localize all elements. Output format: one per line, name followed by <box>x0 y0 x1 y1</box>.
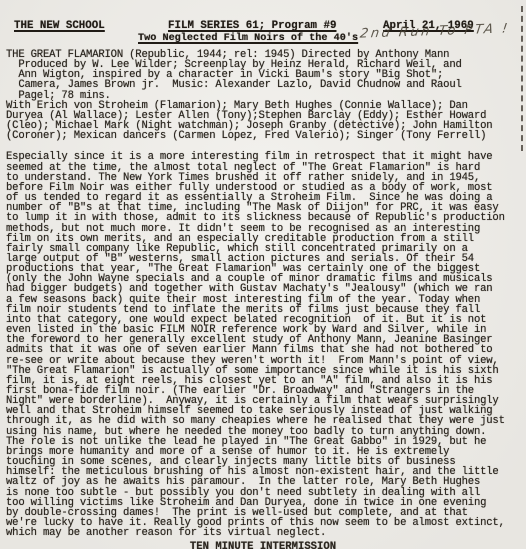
program-notes-paragraph: Especially since it is a more interestin… <box>6 152 524 538</box>
program-subtitle: Two Neglected Film Noirs of the 40's <box>138 33 358 44</box>
intermission-note: TEN MINUTE INTERMISSION <box>0 541 526 549</box>
institution-name: THE NEW SCHOOL <box>14 20 105 32</box>
margin-dash-marks <box>521 6 523 151</box>
cast-list: With Erich von Stroheim (Flamarion); Mar… <box>6 101 524 142</box>
series-title: FILM SERIES 61; Program #9 <box>168 20 336 32</box>
film-credits: THE GREAT FLAMARION (Republic, 1944; rel… <box>6 50 524 101</box>
handwritten-annotation: 2nd Run To PTA ! <box>359 21 511 41</box>
program-note-page: THE NEW SCHOOL FILM SERIES 61; Program #… <box>0 0 526 549</box>
program-text-block: THE GREAT FLAMARION (Republic, 1944; rel… <box>6 50 524 538</box>
